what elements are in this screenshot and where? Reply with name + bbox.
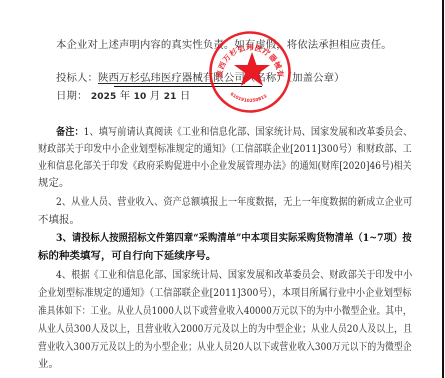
- bidder-row: 投标人：陕西万杉弘玮医疗器械有限公司（名称）（加盖公章）: [56, 72, 345, 84]
- declaration-statement: 本企业对上述声明内容的真实性负责。如有虚假，将依法承担相应责任。: [56, 39, 392, 51]
- svg-text:6101910250813: 6101910250813: [229, 91, 268, 104]
- date-day: 21: [164, 92, 177, 102]
- note-3-line-1: 3、请投标人按照招标文件第四章“采购清单”中本项目实际采购货物清单（1~7项）按: [56, 232, 412, 244]
- note-1-line-1: 备注：1、填写前请认真阅读《工业和信息化部、国家统计局、国家发展和改革委员会、: [56, 126, 412, 138]
- note-4-line-2: 企业划型标准规定的通知》（工信部联企业[2011]300号），本项目所属行业中小…: [38, 287, 412, 299]
- note-3-line-2: 标的种类填写，可自行向下延续序号。: [38, 250, 216, 262]
- note-2-line-2: 不填报。: [38, 214, 80, 226]
- note-4-line-6: 业。: [38, 358, 59, 370]
- note-1-line-2: 财政部关于印发中小企业划型标准规定的通知》（工信部联企业[2011]300号）和…: [38, 143, 412, 155]
- date-year: 2025: [91, 92, 116, 102]
- note-1-line-4: 规定。: [38, 177, 69, 189]
- date-day-unit: 日: [180, 90, 191, 102]
- seal-hint: （加盖公章）: [287, 72, 345, 84]
- note-4-line-5: 营业收入300万元及以上的为小型企业；从业人员20人以下或营业收入300万元以下…: [38, 341, 412, 353]
- note-4-line-1: 4、根据《工业和信息化部、国家统计局、国家发展和改革委员会、财政部关于印发中小: [56, 269, 412, 281]
- bidder-label: 投标人：: [56, 72, 98, 84]
- note-1-line-3: 业和信息化部关于印发《政府采购促进中小企业发展管理办法》的通知(财库[2020]…: [38, 160, 412, 172]
- date-label: 日期：: [56, 90, 87, 102]
- note-4-line-3: 准具体如下：工业。从业人员1000人以下或营业收入40000万元以下的为中小微型…: [38, 305, 412, 317]
- bidder-name: 陕西万杉弘玮医疗器械有限公司: [98, 72, 245, 84]
- date-month-unit: 月: [150, 90, 161, 102]
- date-year-unit: 年: [120, 90, 131, 102]
- note-4-line-4: 从业人员300人及以上，且营业收入2000万元及以上的为中型企业；从业人员20人…: [38, 323, 412, 335]
- name-hint: （名称）: [245, 72, 287, 84]
- page-right-border: [442, 0, 444, 378]
- date-row: 日期： 2025 年 10 月 21 日: [56, 90, 190, 103]
- notes-heading: 备注：: [56, 126, 84, 138]
- signature-underline: [114, 86, 262, 87]
- date-month: 10: [134, 92, 147, 102]
- note-2-line-1: 2、从业人员、营业收入、资产总额填报上一年度数据，无上一年度数据的新成立企业可: [56, 196, 412, 208]
